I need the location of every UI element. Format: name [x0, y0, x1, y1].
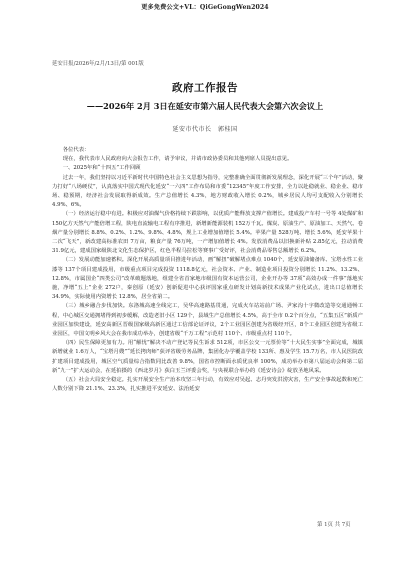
document-subtitle: ——2026年 2月 3日在延安市第六届人民代表大会第六次会议上: [0, 101, 410, 112]
paragraph: （一）经济运行稳中有进。积极应对油煤气价格持续下跌影响，以优质产能释放支撑产值增…: [52, 210, 363, 256]
source-line: 延安日报/2026年/2月/13日/第 001版: [52, 59, 144, 67]
page-number: 第 1页 共 7页: [317, 520, 351, 528]
paragraph: （二）发展动能加速蓄积。深化开展高质量项目推进年活动，画“解扭”破解堵点难点 1…: [52, 256, 363, 302]
salutation: 各位代表：: [52, 146, 363, 155]
watermark-banner: 更多免费公文+VL：QiGeGongWen2024: [0, 2, 410, 11]
section-heading: 一、2025年和“十四五”工作回顾: [52, 164, 363, 173]
document-title: 政府工作报告: [0, 80, 410, 95]
paragraph: （五）社会大局安全稳定。扎实开展安全生产治本攻坚三年行动，有效应对吴起、志丹突发…: [52, 376, 363, 394]
paragraph: （四）民生保障更加有力。用“解忧”解决不动产登记等民生诉求 512项，市区公交一…: [52, 339, 363, 376]
document-body: 各位代表： 现在，我代表市人民政府向大会报告工作，请予审议，并请市政协委员和其他…: [52, 146, 363, 394]
author-line: 延安市代市长 郭桂国: [0, 124, 410, 133]
paragraph: 过去一年，我们坚持以习近平新时代中国特色社会主义思想为指导，完整准确全面贯彻新发…: [52, 174, 363, 211]
paragraph: 现在，我代表市人民政府向大会报告工作，请予审议，并请市政协委员和其他列席人员提出…: [52, 155, 363, 164]
paragraph: （三）城乡融合步伐加快。东洛城高速全线完工，吴华高速路基贯通，完成火车站站前广场…: [52, 302, 363, 339]
